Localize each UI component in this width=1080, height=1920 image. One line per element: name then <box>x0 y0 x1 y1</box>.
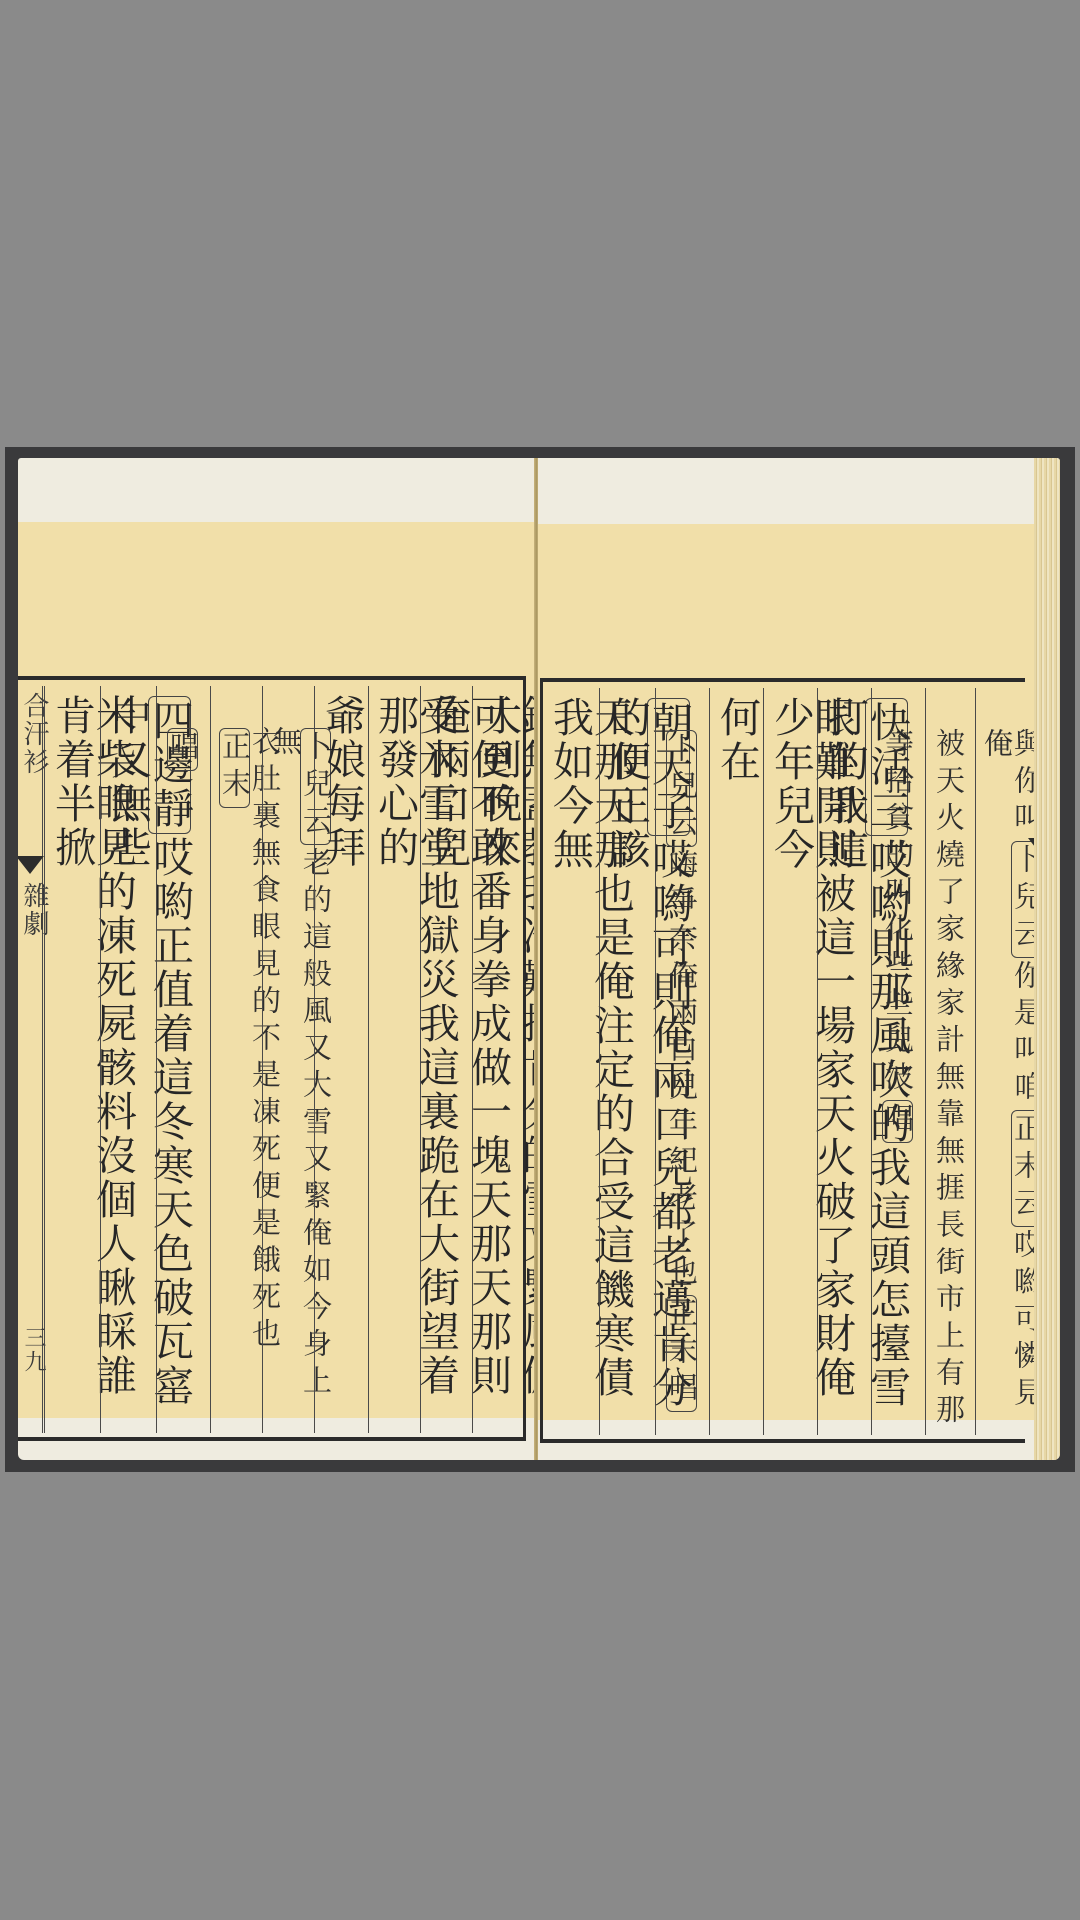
text-column-1: 鋪無蓋教我冷難挨肯分的雪又緊風偏大到晚來 <box>472 686 521 1433</box>
text-column-7: 卜兒云嗨爭奈俺兩口兒年紀老了也正末唱 <box>655 688 708 1435</box>
text-column-9: 天那天那也是俺注定的合受這饑寒債我如今無 <box>543 688 597 1435</box>
column-text: 唱 <box>167 726 198 773</box>
text-column-6: 衣肚裏無食眼見的不是凍死便是餓死也正末 <box>210 686 261 1433</box>
text-column-8: 朝天子哎喲可則俺兩口兒都老邁肯分的便正該 <box>599 688 654 1435</box>
text-column-2: 可便不敢番身拳成做一塊天那天那則俺兩口兒 <box>420 686 471 1433</box>
column-body: 等拾貧的叫化些些兒波 <box>881 728 915 1098</box>
column-body: 嗨爭奈俺兩口兒年紀老了也 <box>665 849 699 1293</box>
column-text: 何在 <box>716 696 757 784</box>
text-column-2: 被天火燒了家緣家計無靠無捱長街市上有那 <box>925 688 974 1435</box>
column-text: 爺娘每拜 <box>321 694 362 870</box>
text-column-5: 眼難開則被這一場家天火破了家財俺少年兒今 <box>763 688 816 1435</box>
text-column-4: 爺娘每拜 <box>314 686 367 1433</box>
left-page-paper: 合汗衫 雜劇 三九 米柴眼見的凍死屍骸料沒個人瞅睬誰肯着半掀 四邊靜哎喲正值着這… <box>18 522 535 1418</box>
column-text: 等拾貧的叫化些些兒波唱 <box>882 728 913 1145</box>
text-column-3: 等拾貧的叫化些些兒波唱 <box>871 688 924 1435</box>
role-tag: 唱 <box>882 1100 913 1143</box>
text-column-6: 何在 <box>709 688 762 1435</box>
role-tag: 卜兒云 <box>666 730 697 847</box>
role-tag: 正末 <box>219 728 250 808</box>
text-column-3: 受氷雪堂地獄災我這裏跪在大街望着那發心的 <box>368 686 419 1433</box>
text-column-8: 四邊靜哎喲正值着這冬寒天色破瓦窰中又無些 <box>100 686 155 1433</box>
column-text: 卜兒云嗨爭奈俺兩口兒年紀老了也正末唱 <box>666 728 697 1414</box>
right-page-paper: 天那天那也是俺注定的合受這饑寒債我如今無 朝天子哎喲可則俺兩口兒都老邁肯分的便正… <box>538 524 1060 1420</box>
left-text-frame: 合汗衫 雜劇 三九 米柴眼見的凍死屍骸料沒個人瞅睬誰肯着半掀 四邊靜哎喲正值着這… <box>18 676 526 1441</box>
column-text: 鋪無蓋教我冷難挨肯分的雪又緊風偏大到晚來 <box>477 694 535 1433</box>
text-column-7: 唱 <box>156 686 209 1433</box>
right-text-frame: 天那天那也是俺注定的合受這饑寒債我如今無 朝天子哎喲可則俺兩口兒都老邁肯分的便正… <box>540 678 1025 1443</box>
role-tag: 唱 <box>167 728 198 771</box>
text-column-9: 米柴眼見的凍死屍骸料沒個人瞅睬誰肯着半掀 <box>44 686 99 1433</box>
left-page: 合汗衫 雜劇 三九 米柴眼見的凍死屍骸料沒個人瞅睬誰肯着半掀 四邊靜哎喲正值着這… <box>18 458 535 1460</box>
text-column-1: 與你叫卜兒云你是叫咱正末云哎喲可憐見俺 <box>975 688 1026 1435</box>
left-edge-strip: 合汗衫 雜劇 三九 <box>18 686 43 1433</box>
text-column-4: 快活三哎喲則那風吹的我這頭怎擡雪打的我這 <box>817 688 870 1435</box>
text-column-5: 卜兒云老的這般風又大雪又緊俺如今身上無 <box>262 686 313 1433</box>
column-text: 被天火燒了家緣家計無靠無捱長街市上有那 <box>934 728 963 1431</box>
fishtail-mark-icon <box>18 856 44 878</box>
page-fore-edge <box>1034 458 1060 1460</box>
right-page: 天那天那也是俺注定的合受這饑寒債我如今無 朝天子哎喲可則俺兩口兒都老邁肯分的便正… <box>538 458 1060 1460</box>
role-tag: 正末唱 <box>666 1295 697 1412</box>
